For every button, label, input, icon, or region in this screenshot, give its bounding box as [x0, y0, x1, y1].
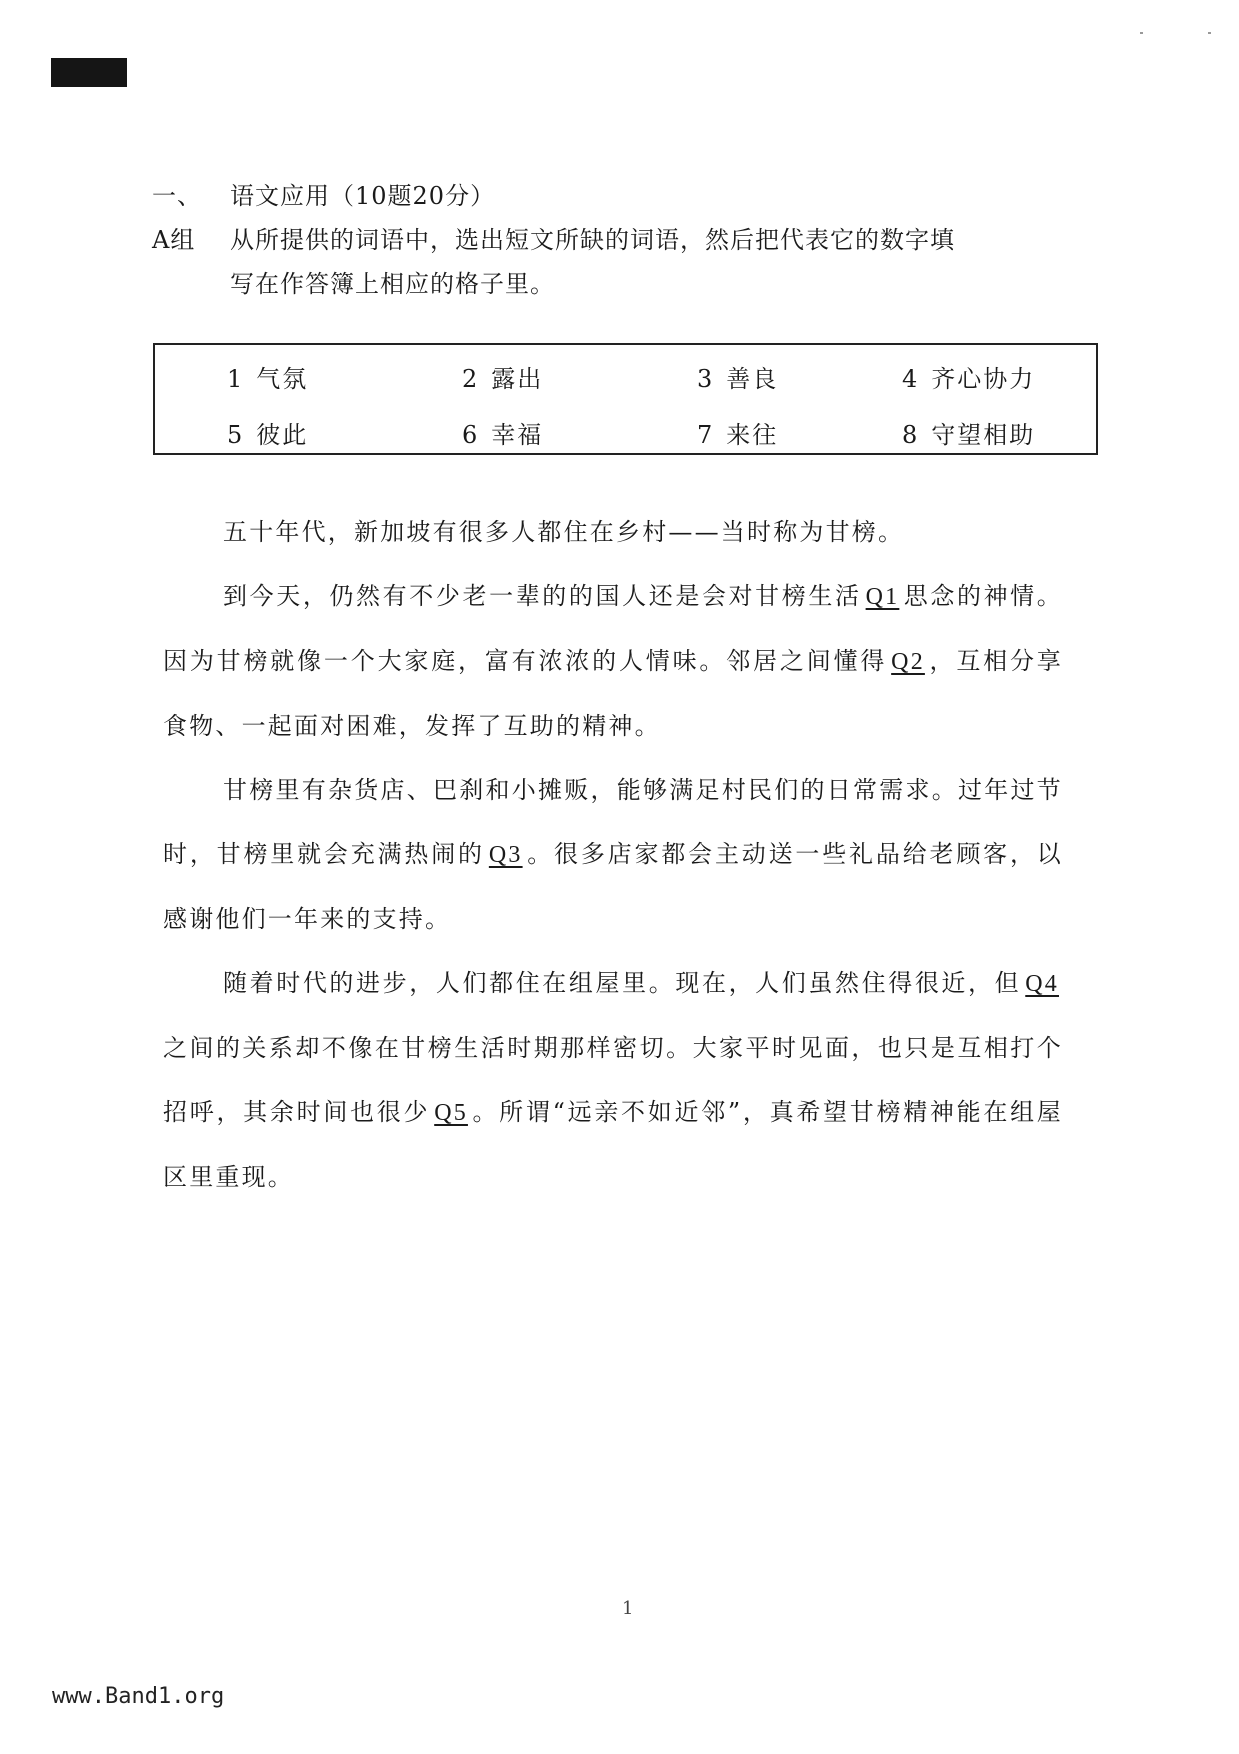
- instruction-line-1: 从所提供的词语中，选出短文所缺的词语，然后把代表它的数字填: [230, 226, 955, 254]
- word-bank-item: 6幸福: [462, 415, 697, 459]
- paragraph-2: 到今天，仍然有不少老一辈的的国人还是会对甘榜生活Q1思念的神情。因为甘榜就像一个…: [163, 564, 1063, 758]
- instruction-text: A组从所提供的词语中，选出短文所缺的词语，然后把代表它的数字填 写在作答簿上相应…: [152, 218, 1072, 306]
- paragraph-4: 随着时代的进步，人们都住在组屋里。现在，人们虽然住得很近，但Q4之间的关系却不像…: [163, 951, 1063, 1209]
- instruction-line-2: 写在作答簿上相应的格子里。: [152, 262, 1072, 306]
- passage: 五十年代，新加坡有很多人都住在乡村——当时称为甘榜。 到今天，仍然有不少老一辈的…: [163, 500, 1063, 1209]
- word-bank-box: 1气氛 2露出 3善良 4齐心协力 5彼此 6幸福 7来往 8守望相助: [153, 343, 1098, 455]
- scan-speck: [1140, 32, 1143, 34]
- section-heading: 一、语文应用（10题20分）: [152, 176, 495, 211]
- word-bank-item: 3善良: [697, 359, 902, 415]
- blank-q4: Q4: [1021, 971, 1063, 997]
- paragraph-1: 五十年代，新加坡有很多人都住在乡村——当时称为甘榜。: [163, 500, 1063, 564]
- word-bank-grid: 1气氛 2露出 3善良 4齐心协力 5彼此 6幸福 7来往 8守望相助: [227, 359, 1096, 459]
- blank-q3: Q3: [485, 842, 527, 868]
- page-number: 1: [622, 1598, 633, 1619]
- word-bank-item: 2露出: [462, 359, 697, 415]
- blank-q5: Q5: [430, 1100, 472, 1126]
- word-bank-item: 4齐心协力: [902, 359, 1137, 415]
- word-bank-item: 7来往: [697, 415, 902, 459]
- section-number: 一、: [152, 176, 230, 211]
- blank-q1: Q1: [862, 584, 904, 610]
- blank-q2: Q2: [887, 649, 929, 675]
- group-label: A组: [152, 218, 230, 262]
- paragraph-3: 甘榜里有杂货店、巴刹和小摊贩，能够满足村民们的日常需求。过年过节时，甘榜里就会充…: [163, 758, 1063, 951]
- redacted-label: [51, 58, 127, 87]
- scan-speck: [1208, 32, 1211, 34]
- section-title: 语文应用（10题20分）: [230, 182, 495, 210]
- word-bank-item: 1气氛: [227, 359, 462, 415]
- word-bank-item: 8守望相助: [902, 415, 1137, 459]
- footer-url: www.Band1.org: [52, 1684, 224, 1709]
- word-bank-item: 5彼此: [227, 415, 462, 459]
